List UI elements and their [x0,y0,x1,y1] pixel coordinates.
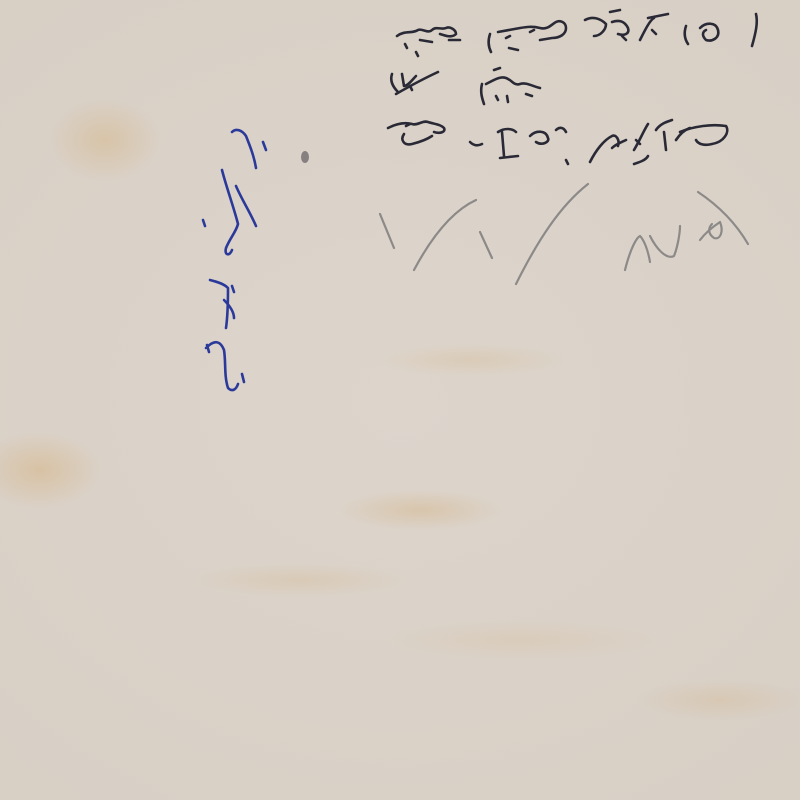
blue-pen-signature [0,0,800,800]
paper-document: handwritten line 1 (Persian script, part… [0,0,800,800]
